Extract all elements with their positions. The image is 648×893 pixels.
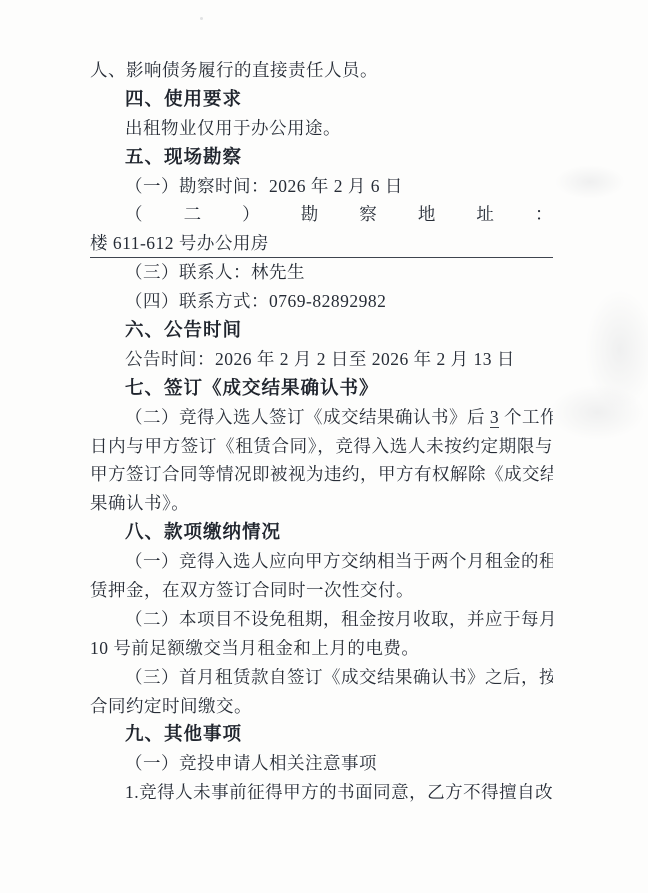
text-run: （一）竞投申请人相关注意事项 [125, 753, 377, 773]
text-line: （四）联系方式：0769-82892982 [90, 287, 553, 316]
section-heading: 六、公告时间 [90, 316, 553, 345]
text-run: （二）本项目不设免租期，租金按月收取，并应于每月 [125, 609, 553, 629]
text-line: 人、影响债务履行的直接责任人员。 [90, 56, 553, 85]
section-heading: 五、现场勘察 [90, 143, 553, 172]
text-run: 赁押金，在双方签订合同时一次性交付。 [90, 580, 414, 600]
section-heading: 七、签订《成交结果确认书》 [90, 374, 553, 403]
underlined-text: 3 [490, 407, 499, 428]
text-line: 1.竞得人未事前征得甲方的书面同意，乙方不得擅自改 [90, 778, 553, 807]
scan-speck [200, 17, 203, 20]
text-run: 合同约定时间缴交。 [90, 696, 252, 716]
scan-artifact [585, 290, 648, 410]
underlined-text: 楼 611-612 号办公用房 [90, 229, 269, 258]
text-line: （二）本项目不设免租期，租金按月收取，并应于每月 [90, 605, 553, 634]
text-run: （二）勘察地址： [125, 204, 553, 224]
text-run: （四）联系方式：0769-82892982 [125, 291, 386, 311]
text-line: 甲方签订合同等情况即被视为违约，甲方有权解除《成交结 [90, 460, 553, 489]
text-run: 1.竞得人未事前征得甲方的书面同意，乙方不得擅自改 [125, 782, 553, 802]
section-heading: 八、款项缴纳情况 [90, 518, 553, 547]
text-line: 出租物业仅用于办公用途。 [90, 114, 553, 143]
scan-artifact [555, 165, 625, 199]
text-run: （三）首月租赁款自签订《成交结果确认书》之后，按 [125, 667, 553, 687]
text-run: 甲方签订合同等情况即被视为违约，甲方有权解除《成交结 [90, 464, 553, 484]
text-run: 八、款项缴纳情况 [125, 521, 281, 542]
text-run: （一）竞得入选人应向甲方交纳相当于两个月租金的租 [125, 551, 553, 571]
text-run: 10 号前足额缴交当月租金和上月的电费。 [90, 638, 419, 658]
text-line: （二）竞得入选人签订《成交结果确认书》后 3 个工作 [90, 403, 553, 432]
underline-rule [269, 229, 553, 258]
text-run: 公告时间：2026 年 2 月 2 日至 2026 年 2 月 13 日 [125, 349, 515, 369]
text-line: 楼 611-612 号办公用房 [90, 229, 553, 258]
text-run: 人、影响债务履行的直接责任人员。 [90, 60, 378, 80]
text-line: （一）竞得入选人应向甲方交纳相当于两个月租金的租 [90, 547, 553, 576]
text-run: 九、其他事项 [125, 723, 242, 744]
text-line: （三）联系人：林先生 [90, 258, 553, 287]
text-run: 果确认书》。 [90, 493, 189, 513]
text-run: 出租物业仅用于办公用途。 [125, 118, 341, 138]
text-line: 赁押金，在双方签订合同时一次性交付。 [90, 576, 553, 605]
text-line: 公告时间：2026 年 2 月 2 日至 2026 年 2 月 13 日 [90, 345, 553, 374]
text-run: 七、签订《成交结果确认书》 [125, 377, 379, 398]
text-line: 果确认书》。 [90, 489, 553, 518]
document-lines: 人、影响债务履行的直接责任人员。四、使用要求出租物业仅用于办公用途。五、现场勘察… [90, 56, 553, 807]
text-line: 日内与甲方签订《租赁合同》，竞得入选人未按约定期限与 [90, 432, 553, 461]
text-run: （一）勘察时间：2026 年 2 月 6 日 [125, 176, 403, 196]
text-run: 日内与甲方签订《租赁合同》，竞得入选人未按约定期限与 [90, 436, 553, 456]
text-line: （三）首月租赁款自签订《成交结果确认书》之后，按 [90, 663, 553, 692]
text-run: 六、公告时间 [125, 319, 242, 340]
text-line: 合同约定时间缴交。 [90, 692, 553, 721]
text-line: （一）勘察时间：2026 年 2 月 6 日 [90, 172, 553, 201]
text-run: （三）联系人：林先生 [125, 262, 305, 282]
section-heading: 四、使用要求 [90, 85, 553, 114]
text-line: （一）竞投申请人相关注意事项 [90, 749, 553, 778]
text-run: （二）竞得入选人签订《成交结果确认书》后 [125, 407, 490, 427]
section-heading: 九、其他事项 [90, 720, 553, 749]
text-run: 五、现场勘察 [125, 146, 242, 167]
text-run: 四、使用要求 [125, 88, 242, 109]
text-line: （二）勘察地址：东莞市清溪镇清溪北环路 198 号办公 [90, 200, 553, 229]
text-line: 10 号前足额缴交当月租金和上月的电费。 [90, 634, 553, 663]
document-page: 人、影响债务履行的直接责任人员。四、使用要求出租物业仅用于办公用途。五、现场勘察… [0, 0, 648, 893]
scan-artifact [550, 385, 645, 440]
text-run: 个工作 [499, 407, 553, 427]
